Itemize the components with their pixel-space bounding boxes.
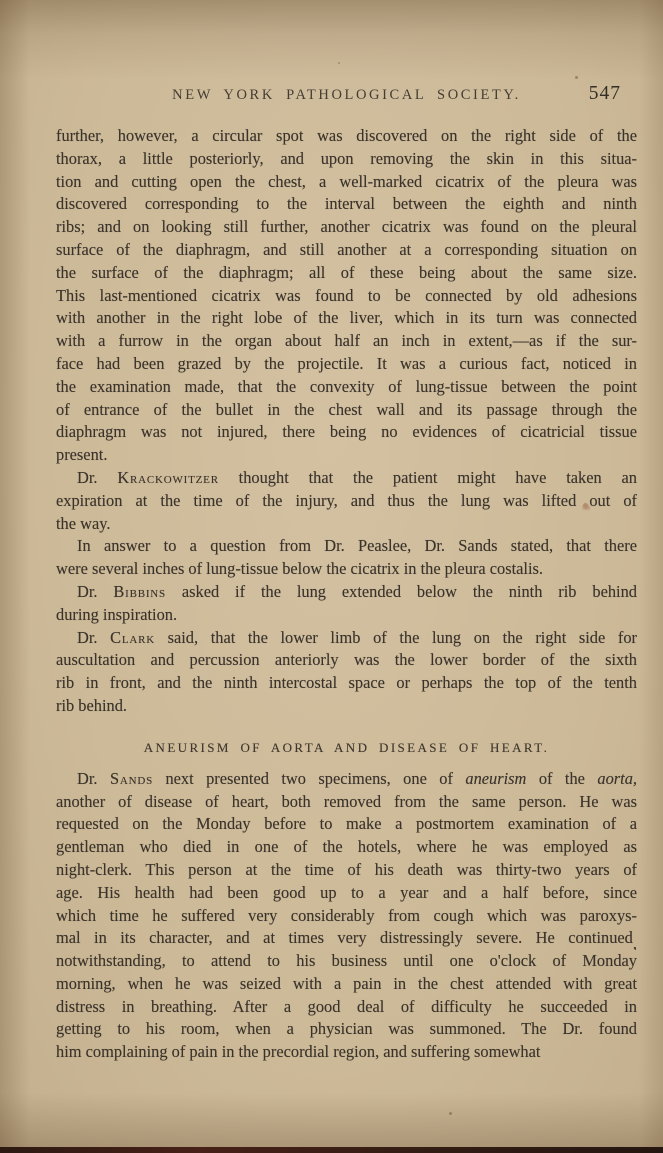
scan-bottom-edge-artifact [0,1147,663,1153]
text-line: This last-mentioned cicatrix was found t… [56,285,637,308]
text-line: discovered corresponding to the interval… [56,193,637,216]
text-line: tion and cutting open the chest, a well-… [56,171,637,194]
text-line: Dr. Krackowitzer thought that the patien… [56,467,637,490]
text-line: him complaining of pain in the precordia… [56,1041,637,1064]
paragraph: Dr. Sands next presented two specimens, … [56,768,637,1064]
text-line: present. [56,444,637,467]
text-line: the surface of the diaphragm; all of the… [56,262,637,285]
paragraph: In answer to a question from Dr. Peaslee… [56,535,637,581]
text-segment: , [633,934,637,950]
text-line: surface of the diaphragm, and still anot… [56,239,637,262]
running-title: NEW YORK PATHOLOGICAL SOCIETY. [56,87,637,104]
text-line: gentleman who died in one of the hotels,… [56,836,637,859]
text-line: another of disease of heart, both remove… [56,791,637,814]
text-line: getting to his room, when a physician wa… [56,1018,637,1041]
text-line: with another in the right lobe of the li… [56,307,637,330]
text-line: rib in front, and the ninth intercostal … [56,672,637,695]
text-line: ribs; and on looking still further, anot… [56,216,637,239]
text-line: notwithstanding, to attend to his busine… [56,950,637,973]
text-line: of entrance of the bullet in the chest w… [56,399,637,422]
page-number: 547 [589,83,621,105]
text-segment: Dr. [77,582,113,601]
text-line: the way. [56,513,637,536]
scan-speck [583,503,588,508]
section-heading: ANEURISM OF AORTA AND DISEASE OF HEART. [56,737,637,759]
text-line: face had been grazed by the projectile. … [56,353,637,376]
text-line: mal in its character, and at times very … [56,927,637,950]
text-segment: thought that the patient might have take… [219,468,637,487]
text-line: distress in breathing. After a good deal… [56,996,637,1019]
text-segment: aorta, [597,769,637,788]
paragraph: Dr. Bibbins asked if the lung extended b… [56,581,637,627]
text-line: expiration at the time of the injury, an… [56,490,637,513]
text-segment: aneurism [465,769,526,788]
text-line: were several inches of lung-tissue below… [56,558,637,581]
page-body-text: further, however, a circular spot was di… [56,125,637,1064]
text-segment: asked if the lung extended below the nin… [166,582,637,601]
scan-speck [449,1112,452,1115]
text-segment: Dr. [77,628,110,647]
text-line: rib behind. [56,695,637,718]
text-line: age. His health had been good up to a ye… [56,882,637,905]
book-page-scan: NEW YORK PATHOLOGICAL SOCIETY. 547 furth… [0,0,663,1153]
text-line: requested on the Monday before to make a… [56,813,637,836]
text-segment: next presented two specimens, one of [153,769,465,788]
text-line: with a furrow in the organ about half an… [56,330,637,353]
text-line: Dr. Bibbins asked if the lung extended b… [56,581,637,604]
text-segment: Dr. [77,769,110,788]
text-segment: said, that the lower limb of the lung on… [155,628,637,647]
text-line: which time he suffered very considerably… [56,905,637,928]
text-line: during inspiration. [56,604,637,627]
paragraph: Dr. Krackowitzer thought that the patien… [56,467,637,535]
text-segment: Dr. [77,468,117,487]
text-segment: of the [526,769,597,788]
text-line: thorax, a little posteriorly, and upon r… [56,148,637,171]
smallcaps-name: Sands [110,769,153,788]
scan-speck [575,76,578,79]
smallcaps-name: Krackowitzer [117,468,218,487]
paragraph: further, however, a circular spot was di… [56,125,637,467]
text-line: Dr. Clark said, that the lower limb of t… [56,627,637,650]
text-line: morning, when he was seized with a pain … [56,973,637,996]
text-line: further, however, a circular spot was di… [56,125,637,148]
text-line: auscultation and percussion anteriorly w… [56,649,637,672]
text-line: diaphragm was not injured, there being n… [56,421,637,444]
page-header: NEW YORK PATHOLOGICAL SOCIETY. 547 [56,87,637,111]
text-line: night-clerk. This person at the time of … [56,859,637,882]
paragraph: Dr. Clark said, that the lower limb of t… [56,627,637,718]
smallcaps-name: Clark [110,628,155,647]
scan-speck [338,62,340,64]
text-segment: mal in its character, and at times very … [56,928,633,947]
text-line: In answer to a question from Dr. Peaslee… [56,535,637,558]
smallcaps-name: Bibbins [113,582,166,601]
text-line: Dr. Sands next presented two specimens, … [56,768,637,791]
text-line: the examination made, that the convexity… [56,376,637,399]
